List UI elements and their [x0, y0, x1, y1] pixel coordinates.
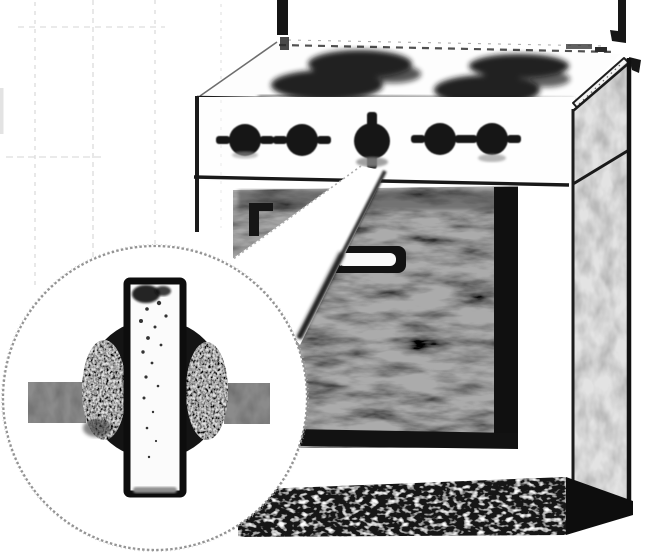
magnifier-callout — [2, 245, 309, 552]
knob-shading — [356, 157, 388, 167]
knob-5-disc — [476, 123, 508, 155]
knob-3-stem-top — [367, 112, 377, 127]
knob-2-stem-left — [273, 136, 287, 144]
grip-bar-magnified — [127, 281, 183, 494]
corner-pipe-elbow — [610, 30, 626, 43]
hotplate-smudge — [522, 71, 570, 87]
knob-shading — [232, 152, 258, 159]
handle-slot — [338, 253, 396, 266]
hotplate-smudge — [365, 65, 421, 83]
knob-1-stem-right — [260, 136, 274, 144]
grip-bar-bottom-smudge — [133, 487, 177, 493]
stove-illustration — [0, 0, 663, 557]
front-left-edge — [195, 96, 199, 232]
grip-bar-top-blotch — [155, 286, 171, 296]
illustration-stage — [0, 0, 663, 557]
oven-door-right-border — [494, 187, 518, 448]
corner-pipe-stem — [618, 0, 626, 32]
mounting-bar-right — [224, 383, 270, 424]
grip-bar — [127, 281, 183, 494]
print-smudge — [0, 88, 4, 134]
back-pipe-joint — [280, 37, 289, 50]
knob-disc-speckle-right — [186, 342, 228, 440]
wall-mark — [566, 44, 592, 49]
knob-5-stem-right — [507, 135, 521, 143]
knob-1-disc — [229, 124, 261, 156]
knob-shading — [478, 154, 506, 162]
knob-1-stem-left — [216, 136, 230, 144]
knob-3-disc — [354, 123, 390, 159]
wall-mark — [595, 47, 607, 52]
knob-2-disc — [286, 124, 318, 156]
knob-2-stem-right — [317, 136, 331, 144]
back-pipe-stem — [277, 0, 288, 35]
knob-5-stem-left — [463, 135, 477, 143]
mounting-bar-left — [28, 382, 86, 423]
knob-junction-smudge — [83, 419, 111, 437]
knob-4-stem-left — [411, 135, 425, 143]
side-panel — [573, 60, 629, 502]
grip-bar-top-blotch — [132, 285, 160, 303]
knob-4-disc — [424, 123, 456, 155]
